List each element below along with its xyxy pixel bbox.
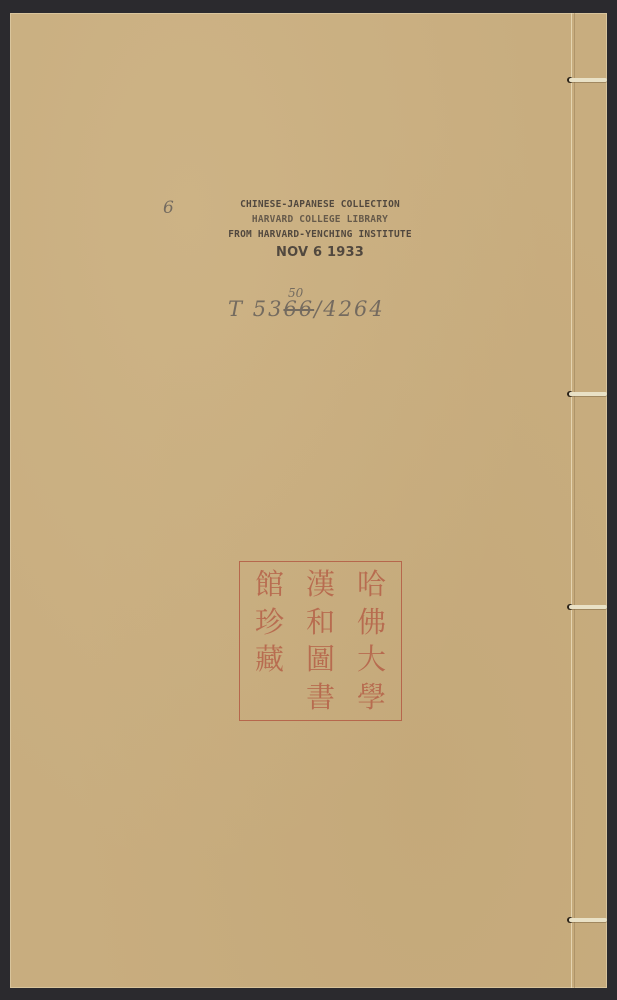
- library-accession-stamp: CHINESE-JAPANESE COLLECTION HARVARD COLL…: [200, 197, 440, 263]
- binding-thread: [569, 918, 607, 922]
- binding-thread: [569, 605, 607, 609]
- stamp-institute-line: FROM HARVARD-YENCHING INSTITUTE: [200, 227, 440, 242]
- volume-number-pencil: 6: [163, 198, 174, 218]
- stamp-library-line: HARVARD COLLEGE LIBRARY: [200, 212, 440, 227]
- seal-character: 漢: [295, 566, 346, 604]
- binding-fold-shadow: [574, 13, 575, 988]
- seal-character: 佛: [346, 604, 397, 642]
- seal-character: 珍: [244, 604, 295, 642]
- call-number-base: 53: [253, 297, 284, 321]
- seal-character: 大: [346, 641, 397, 679]
- scanned-page-view: 6 CHINESE-JAPANESE COLLECTION HARVARD CO…: [0, 0, 617, 1000]
- seal-character: [244, 679, 295, 717]
- binding-thread: [569, 78, 607, 82]
- binding-thread: [569, 392, 607, 396]
- call-number-suffix: /4264: [314, 297, 385, 321]
- binding-fold-line: [571, 13, 572, 988]
- book-page: [10, 13, 607, 988]
- call-number-correction: 50: [288, 286, 303, 300]
- call-number-struck: 66: [283, 297, 314, 321]
- red-library-seal: 哈 佛 大 學 漢 和 圖 書 館 珍 藏: [239, 561, 402, 721]
- seal-character: 館: [244, 566, 295, 604]
- stamp-date: NOV 6 1933: [200, 243, 440, 263]
- seal-character: 圖: [295, 641, 346, 679]
- call-number-prefix: T: [228, 297, 244, 321]
- call-number-pencil: T 5366/4264 50: [228, 297, 385, 321]
- seal-character: 哈: [346, 566, 397, 604]
- seal-character: 和: [295, 604, 346, 642]
- stamp-collection-line: CHINESE-JAPANESE COLLECTION: [200, 197, 440, 212]
- seal-character: 學: [346, 679, 397, 717]
- seal-character: 書: [295, 679, 346, 717]
- seal-character: 藏: [244, 641, 295, 679]
